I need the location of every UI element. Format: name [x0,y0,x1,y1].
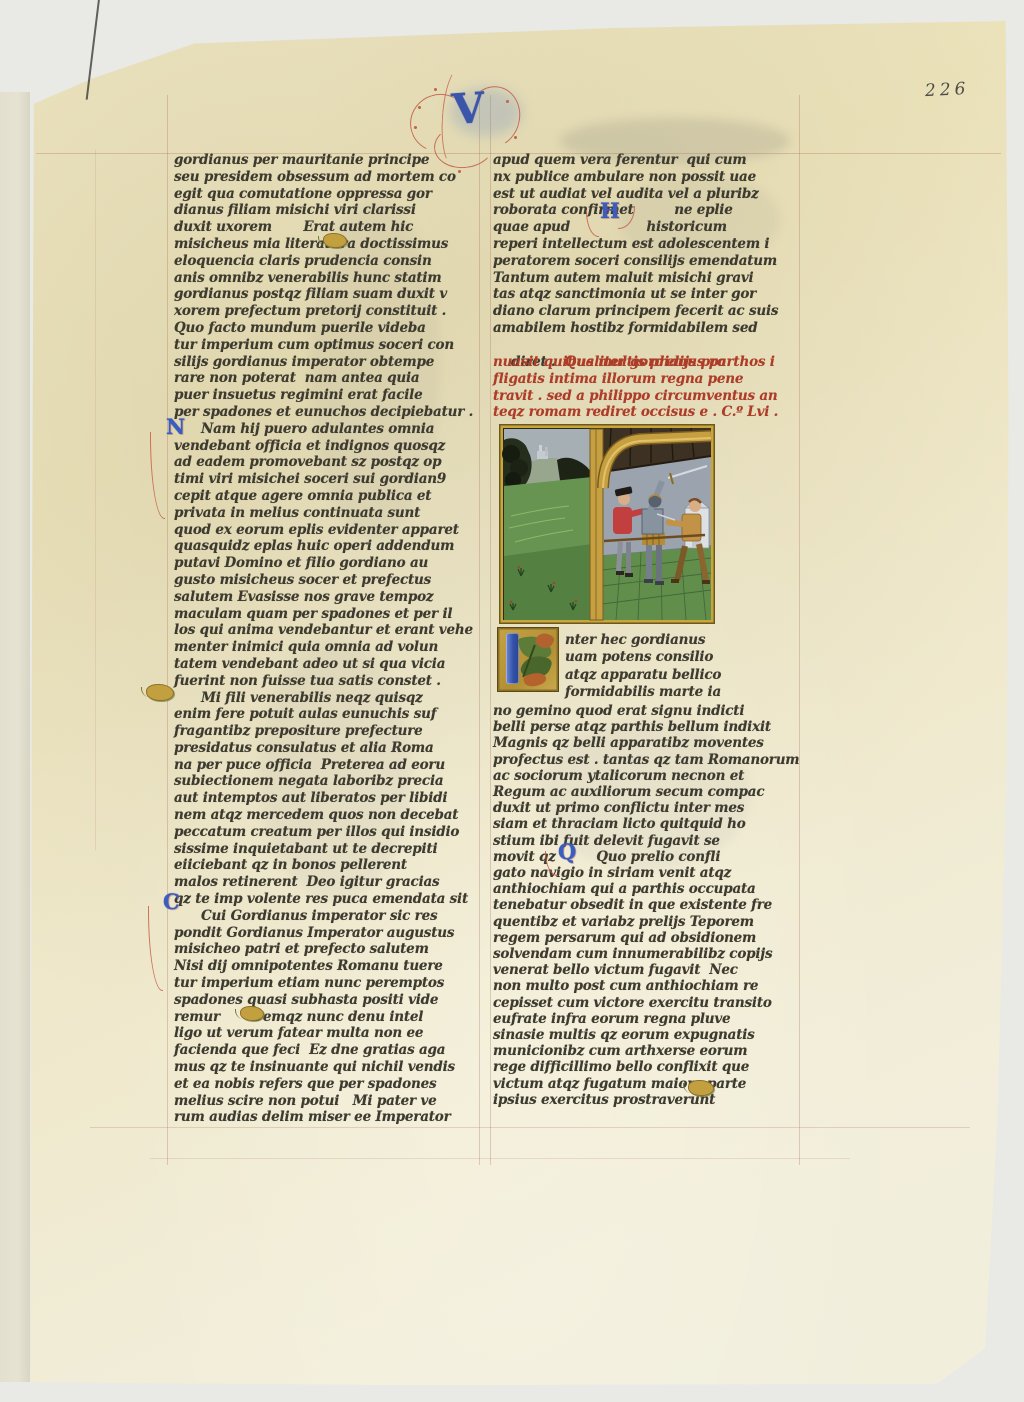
text-line: nx publice ambulare non possit uae [493,169,803,186]
text-line: gordianus postqz filiam suam duxit v [174,286,486,303]
text-line: ad eadem promovebant sz postqz op [174,454,486,471]
text-line: tas atqz sanctimonia ut se inter gor [493,286,803,303]
text-line: Mi fili venerabilis neqz quisqz [174,690,486,707]
text-line: malos retinerent Deo igitur gracias [174,874,486,891]
pen-initial-N: N [166,418,185,436]
red-penwork-dots [418,106,421,109]
text-line: misicheo patri et prefecto salutem [174,941,486,958]
text-line: privata in melius continuata sunt [174,505,486,522]
text-line: anis omnibz venerabilis hunc statim [174,270,486,287]
text-line: profectus est . tantas qz tam Romanorum [493,752,803,768]
text-line: aut intemptos aut liberatos per libidi [174,790,486,807]
text-line: qz te imp volente res puca emendata sit [174,891,486,908]
chapter-rubric: nuasit quibus multis prelijs profligatis… [493,354,803,421]
text-line: roborata confirmet ne eplie [493,202,803,219]
right-text-column-lower: no gemino quod erat signu indictibelli p… [493,703,803,1108]
text-line: subiectionem negata laboribz precia [174,773,486,790]
text-line: municionibz cum arthxerse eorum [493,1043,803,1059]
text-line: movit qz Quo prelio confli [493,849,803,865]
text-line: Cui Gordianus imperator sic res [174,908,486,925]
text-line: rare non poterat nam antea quia [174,370,486,387]
text-line: fligatis intima illorum regna pene [493,371,803,388]
catchword-letter: V [450,83,486,134]
gold-cadel [323,233,347,248]
text-line: peratorem soceri consilijs emendatum [493,253,803,270]
right-text-column-upper: apud quem vera ferentur qui cumnx public… [493,152,803,337]
text-line: egit qua comutatione oppressa gor [174,186,486,203]
text-line: stium ibi fuit delevit fugavit se [493,833,803,849]
text-line: nuasit quibus multis prelijs pro [493,354,803,371]
text-line: na per puce officia Preterea ad eoru [174,757,486,774]
text-line: ipsius exercitus prostraverunt [493,1092,803,1108]
text-line: sissime inquietabant ut te decrepiti [174,841,486,858]
text-line: seu presidem obsessum ad mortem co [174,169,486,186]
text-line: puer insuetus regimini erat facile [174,387,486,404]
text-line: per spadones et eunuchos decipiebatur . [174,404,486,421]
text-line: ac sociorum ytalicorum necnon et [493,768,803,784]
text-line: atqz apparatu bellico [565,667,805,684]
text-line: travit . sed a philippo circumventus an [493,388,803,405]
text-line: no gemino quod erat signu indicti [493,703,803,719]
text-line: Quo facto mundum puerile videba [174,320,486,337]
text-line: presidatus consulatus et alia Roma [174,740,486,757]
fold-line [95,150,96,850]
text-line: teqz romam rediret occisus e . C.º Lvi . [493,404,803,421]
text-line: tenebatur obsedit in que existente fre [493,897,803,913]
text-line: mus qz te insinuante qui nichil vendis [174,1059,486,1076]
text-line: silijs gordianus imperator obtempe [174,354,486,371]
text-line: enim fere potuit aulas eunuchis suf [174,706,486,723]
text-line: maculam quam per spadones et per il [174,606,486,623]
text-line: tur imperium etiam nunc peremptos [174,975,486,992]
text-line: Magnis qz belli apparatibz moventes [493,735,803,751]
text-line: anthiochiam qui a parthis occupata [493,881,803,897]
ruling-line [167,95,168,1165]
text-line: regem persarum qui ad obsidionem [493,930,803,946]
landscape-scene [502,429,592,620]
text-line: vendebant officia et indignos quosqz [174,438,486,455]
text-line: solvendam cum innumerabilibz copijs [493,946,803,962]
folio-number: 226 [925,79,970,101]
text-line: Nam hij puero adulantes omnia [174,421,486,438]
text-line: facienda que feci Ez dne gratias aga [174,1042,486,1059]
text-line: menter inimici quia omnia ad volun [174,639,486,656]
gold-cadel [146,684,174,701]
text-line: Tantum autem maluit misichi gravi [493,270,803,287]
text-line: gato navigio in siriam venit atqz [493,865,803,881]
ruling-line [490,95,491,1165]
decorated-initial-I [497,627,559,692]
text-line: xorem prefectum pretorij constituit . [174,303,486,320]
text-line: duxit ut primo conflictu inter mes [493,800,803,816]
text-line: nem atqz mercedem quos non decebat [174,807,486,824]
text-line: timi viri misichei soceri sui gordian9 [174,471,486,488]
text-line: Nisi dij omnipotentes Romanu tuere [174,958,486,975]
text-line: cepisset cum victore exercitu transito [493,995,803,1011]
text-line: putavi Domino et filio gordiano au [174,555,486,572]
left-text-column: gordianus per mauritanie principeseu pre… [174,152,486,1126]
miniature-painting [499,424,715,624]
text-line: uam potens consilio [565,649,805,666]
text-line: salutem Evasisse nos grave tempoz [174,589,486,606]
text-line: los qui anima vendebantur et erant vehe [174,622,486,639]
text-line: gusto misicheus socer et prefectus [174,572,486,589]
ruling-line [90,1127,970,1128]
text-line: victum atqz fugatum maiore parte [493,1076,803,1092]
text-line: tur imperium cum optimus soceri con [174,337,486,354]
ruling-line [150,1158,850,1159]
text-line: fuerint non fuisse tua satis constet . [174,673,486,690]
manuscript-scan: 226 V gordianus per mauritanie principes… [0,0,1024,1402]
text-line: cepit atque agere omnia publica et [174,488,486,505]
text-line: formidabilis marte ia [565,684,805,701]
text-line: gordianus per mauritanie principe [174,152,486,169]
pen-initial-C: C [163,893,180,911]
text-line: peccatum creatum per illos qui insidio [174,824,486,841]
text-line: et ea nobis refers que per spadones [174,1076,486,1093]
text-line: nter hec gordianus [565,632,805,649]
grass-dark [504,544,592,620]
text-line: quod ex eorum eplis evidenter apparet [174,522,486,539]
text-line: tatem vendebant adeo ut si qua vicia [174,656,486,673]
text-line: venerat bello victum fugavit Nec [493,962,803,978]
text-line: remur Demqz nunc denu intel [174,1009,486,1026]
text-line: apud quem vera ferentur qui cum [493,152,803,169]
text-beside-initial: nter hec gordianusuam potens consilioatq… [565,632,805,702]
text-line: Regum ac auxiliorum secum compac [493,784,803,800]
text-line: non multo post cum anthiochiam re [493,978,803,994]
text-line: reperi intellectum est adolescentem i [493,236,803,253]
text-line: ligo ut verum fatear multa non ee [174,1025,486,1042]
text-line: spadones quasi subhasta positi vide [174,992,486,1009]
pen-initial-Q: Q [558,843,576,861]
underlying-page-edge [0,92,30,1382]
text-line: siam et thraciam licto quitquid ho [493,816,803,832]
text-line: quasquidz eplas huic operi addendum [174,538,486,555]
text-line: eiiciebant qz in bonos pellerent [174,857,486,874]
text-line: dianus filiam misichi viri clarissi [174,202,486,219]
text-line: eloquencia claris prudencia consin [174,253,486,270]
gold-cadel [240,1006,264,1021]
text-line: quentibz et variabz prelijs Teporem [493,914,803,930]
text-line: sinasie multis qz eorum expugnatis [493,1027,803,1043]
text-line: est ut audiat vel audita vel a pluribz [493,186,803,203]
text-line: rege difficillimo bello conflixit que [493,1059,803,1075]
text-line: rum audias delim miser ee Imperator [174,1109,486,1126]
text-line: quae apud historicum [493,219,803,236]
gold-end-flourish [688,1080,714,1096]
pen-initial-H: H [600,202,620,220]
text-line: fragantibz prepositure prefecture [174,723,486,740]
text-line: pondit Gordianus Imperator augustus [174,925,486,942]
text-line: eufrate infra eorum regna pluve [493,1011,803,1027]
text-line: melius scire non potui Mi pater ve [174,1093,486,1110]
text-line: diano clarum principem fecerit ac suis [493,303,803,320]
text-line: belli perse atqz parthis bellum indixit [493,719,803,735]
text-line: amabilem hostibz formidabilem sed [493,320,803,337]
